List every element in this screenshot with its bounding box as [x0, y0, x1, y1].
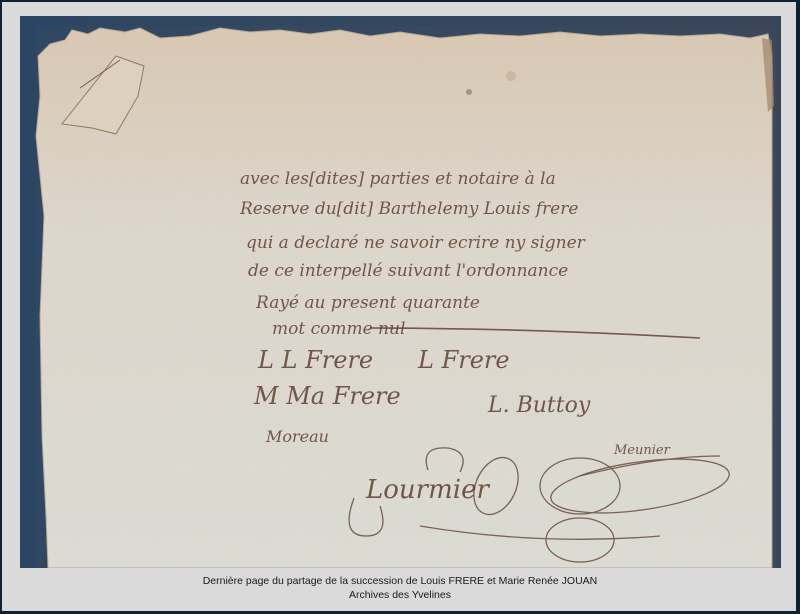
- document-photo: avec les[dites] parties et notaire à la …: [20, 16, 781, 568]
- svg-text:L. Buttoy: L. Buttoy: [487, 393, 591, 418]
- svg-text:de ce interpellé suivant l'ord: de ce interpellé suivant l'ordonnance: [248, 261, 568, 281]
- caption-source: Archives des Yvelines: [0, 588, 800, 602]
- svg-text:M Ma Frere: M Ma Frere: [253, 382, 401, 410]
- svg-text:Meunier: Meunier: [613, 443, 671, 458]
- image-caption: Dernière page du partage de la successio…: [0, 574, 800, 602]
- svg-text:Lourmier: Lourmier: [365, 475, 490, 505]
- svg-text:Reserve du[dit] Barthelemy Lou: Reserve du[dit] Barthelemy Louis frere: [239, 199, 578, 219]
- svg-text:L Frere: L Frere: [417, 346, 510, 374]
- caption-title: Dernière page du partage de la successio…: [0, 574, 800, 588]
- svg-text:Moreau: Moreau: [265, 427, 329, 446]
- svg-text:qui a declaré ne savoir ecrire: qui a declaré ne savoir ecrire ny signer: [246, 233, 586, 253]
- svg-text:L L Frere: L L Frere: [257, 346, 373, 374]
- svg-text:mot comme nul: mot comme nul: [272, 319, 405, 339]
- svg-text:avec les[dites] parties et not: avec les[dites] parties et notaire à la: [240, 169, 556, 189]
- manuscript-page: avec les[dites] parties et notaire à la …: [20, 16, 781, 568]
- svg-text:Rayé au present quarante: Rayé au present quarante: [255, 293, 480, 313]
